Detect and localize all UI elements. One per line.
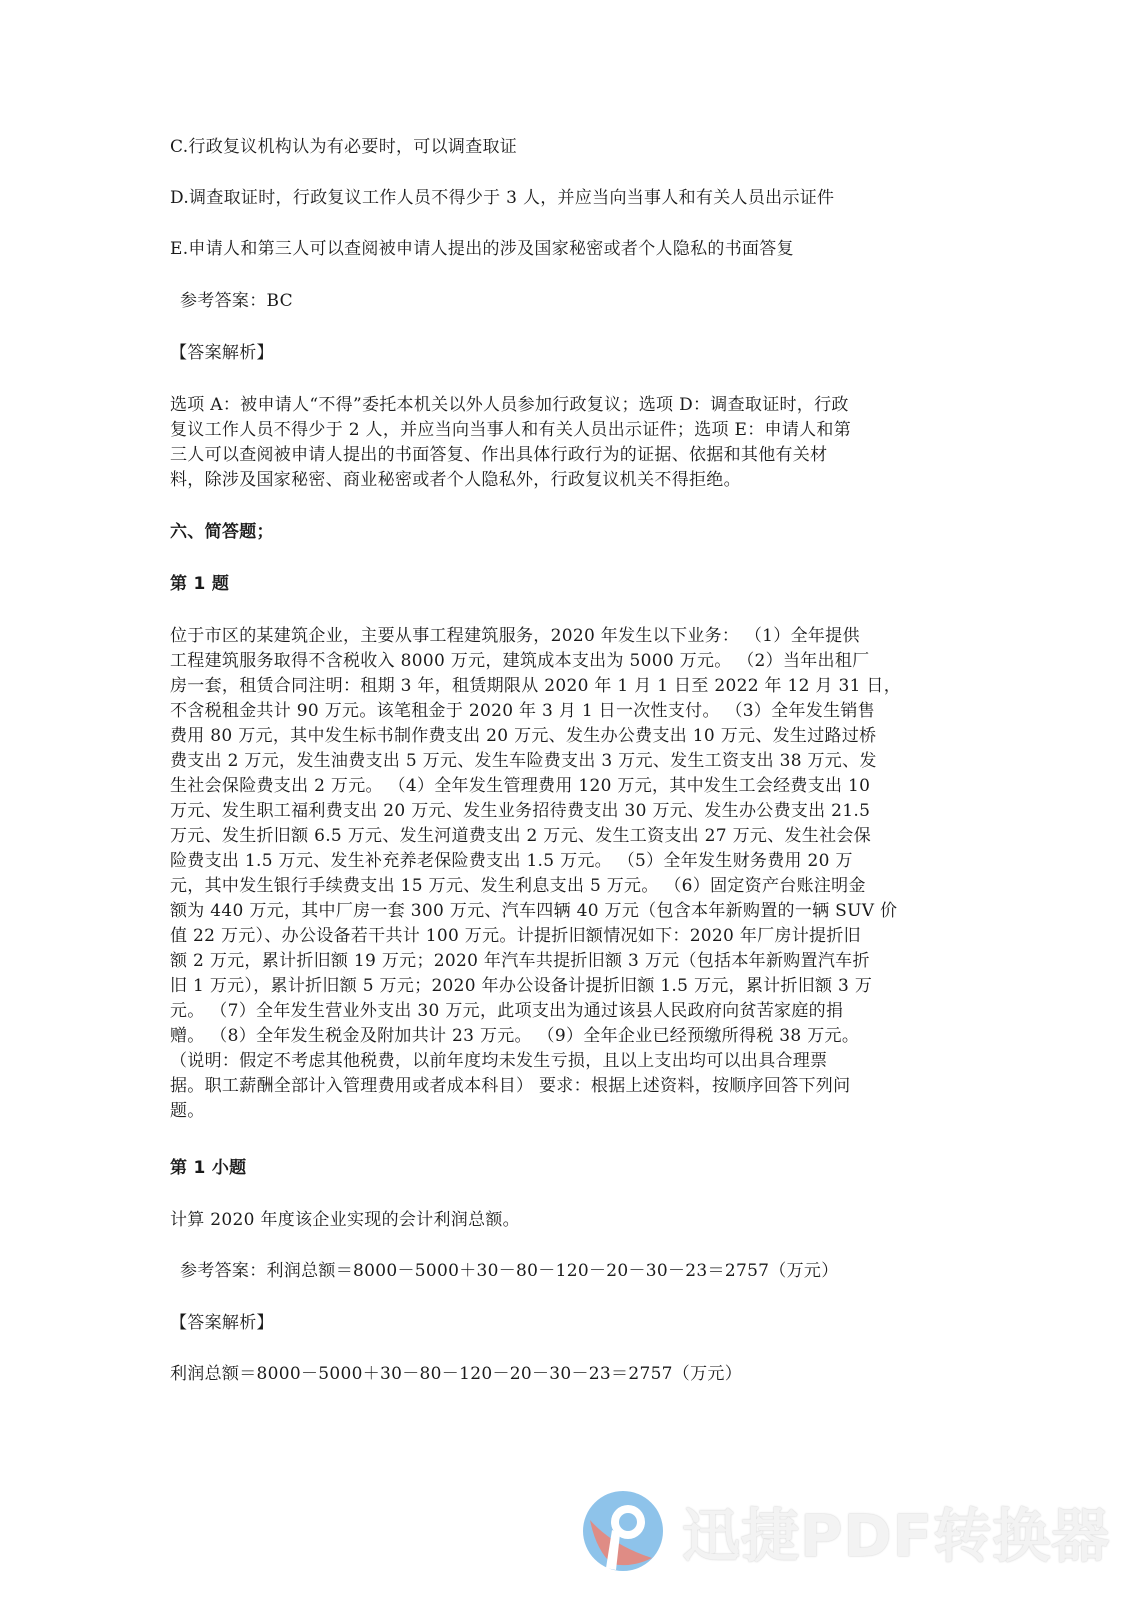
document-page: C.行政复议机构认为有必要时，可以调查取证 D.调查取证时，行政复议工作人员不得… xyxy=(0,0,1131,1600)
reference-answer: 参考答案：利润总额＝8000－5000＋30－80－120－20－30－23＝2… xyxy=(180,1261,839,1281)
option-c: C.行政复议机构认为有必要时，可以调查取证 xyxy=(170,137,517,157)
question-line: 万元、发生折旧额 6.5 万元、发生河道费支出 2 万元、发生工资支出 27 万… xyxy=(170,826,871,846)
watermark-text: 迅捷PDF转换器 xyxy=(682,1489,1110,1573)
question-line: 额 2 万元，累计折旧额 19 万元；2020 年汽车共提折旧额 3 万元（包括… xyxy=(170,951,870,971)
analysis-line: 三人可以查阅被申请人提出的书面答复、作出具体行政行为的证据、依据和其他有关材 xyxy=(170,445,827,465)
question-line: 赠。 （8）全年发生税金及附加共计 23 万元。 （9）全年企业已经预缴所得税 … xyxy=(170,1026,859,1046)
question-line: 费支出 2 万元，发生油费支出 5 万元、发生车险费支出 3 万元、发生工资支出… xyxy=(170,751,877,771)
question-heading: 第 1 题 xyxy=(170,574,229,594)
question-line: 工程建筑服务取得不含税收入 8000 万元，建筑成本支出为 5000 万元。 （… xyxy=(170,651,869,671)
question-line: 元。 （7）全年发生营业外支出 30 万元，此项支出为通过该县人民政府向贫苦家庭… xyxy=(170,1001,843,1021)
question-line: 险费支出 1.5 万元、发生补充养老保险费支出 1.5 万元。 （5）全年发生财… xyxy=(170,851,853,871)
analysis-heading: 【答案解析】 xyxy=(170,343,274,363)
section-heading: 六、简答题； xyxy=(170,522,274,542)
reference-answer: 参考答案：BC xyxy=(180,291,293,311)
question-line: 位于市区的某建筑企业，主要从事工程建筑服务，2020 年发生以下业务： （1）全… xyxy=(170,626,860,646)
option-e: E.申请人和第三人可以查阅被申请人提出的涉及国家秘密或者个人隐私的书面答复 xyxy=(170,239,794,259)
subquestion-heading: 第 1 小题 xyxy=(170,1158,246,1178)
analysis-line: 料，除涉及国家秘密、商业秘密或者个人隐私外，行政复议机关不得拒绝。 xyxy=(170,470,741,490)
analysis-heading: 【答案解析】 xyxy=(170,1313,274,1333)
question-line: 额为 440 万元，其中厂房一套 300 万元、汽车四辆 40 万元（包含本年新… xyxy=(170,901,897,921)
question-line: 费用 80 万元，其中发生标书制作费支出 20 万元、发生办公费支出 10 万元… xyxy=(170,726,876,746)
question-line: 据。职工薪酬全部计入管理费用或者成本科目） 要求：根据上述资料，按顺序回答下列问 xyxy=(170,1076,850,1096)
question-line: 元，其中发生银行手续费支出 15 万元、发生利息支出 5 万元。 （6）固定资产… xyxy=(170,876,866,896)
analysis-line: 复议工作人员不得少于 2 人，并应当向当事人和有关人员出示证件；选项 E：申请人… xyxy=(170,420,851,440)
question-line: （说明：假定不考虑其他税费，以前年度均未发生亏损，且以上支出均可以出具合理票 xyxy=(170,1051,827,1071)
watermark: 迅捷PDF转换器 xyxy=(582,1488,1082,1573)
question-line: 不含税租金共计 90 万元。该笔租金于 2020 年 3 月 1 日一次性支付。… xyxy=(170,701,875,721)
question-line: 生社会保险费支出 2 万元。 （4）全年发生管理费用 120 万元，其中发生工会… xyxy=(170,776,870,796)
pdf-converter-logo-icon xyxy=(582,1490,664,1572)
question-line: 题。 xyxy=(170,1101,205,1121)
question-line: 万元、发生职工福利费支出 20 万元、发生业务招待费支出 30 万元、发生办公费… xyxy=(170,801,870,821)
analysis-text: 利润总额＝8000－5000＋30－80－120－20－30－23＝2757（万… xyxy=(170,1364,742,1384)
subquestion-text: 计算 2020 年度该企业实现的会计利润总额。 xyxy=(170,1210,520,1230)
analysis-line: 选项 A：被申请人“不得”委托本机关以外人员参加行政复议；选项 D：调查取证时，… xyxy=(170,395,849,415)
option-d: D.调查取证时，行政复议工作人员不得少于 3 人，并应当向当事人和有关人员出示证… xyxy=(170,188,834,208)
question-line: 旧 1 万元），累计折旧额 5 万元；2020 年办公设备计提折旧额 1.5 万… xyxy=(170,976,872,996)
question-line: 值 22 万元）、办公设备若干共计 100 万元。计提折旧额情况如下：2020 … xyxy=(170,926,861,946)
question-line: 房一套，租赁合同注明：租期 3 年，租赁期限从 2020 年 1 月 1 日至 … xyxy=(170,676,901,696)
